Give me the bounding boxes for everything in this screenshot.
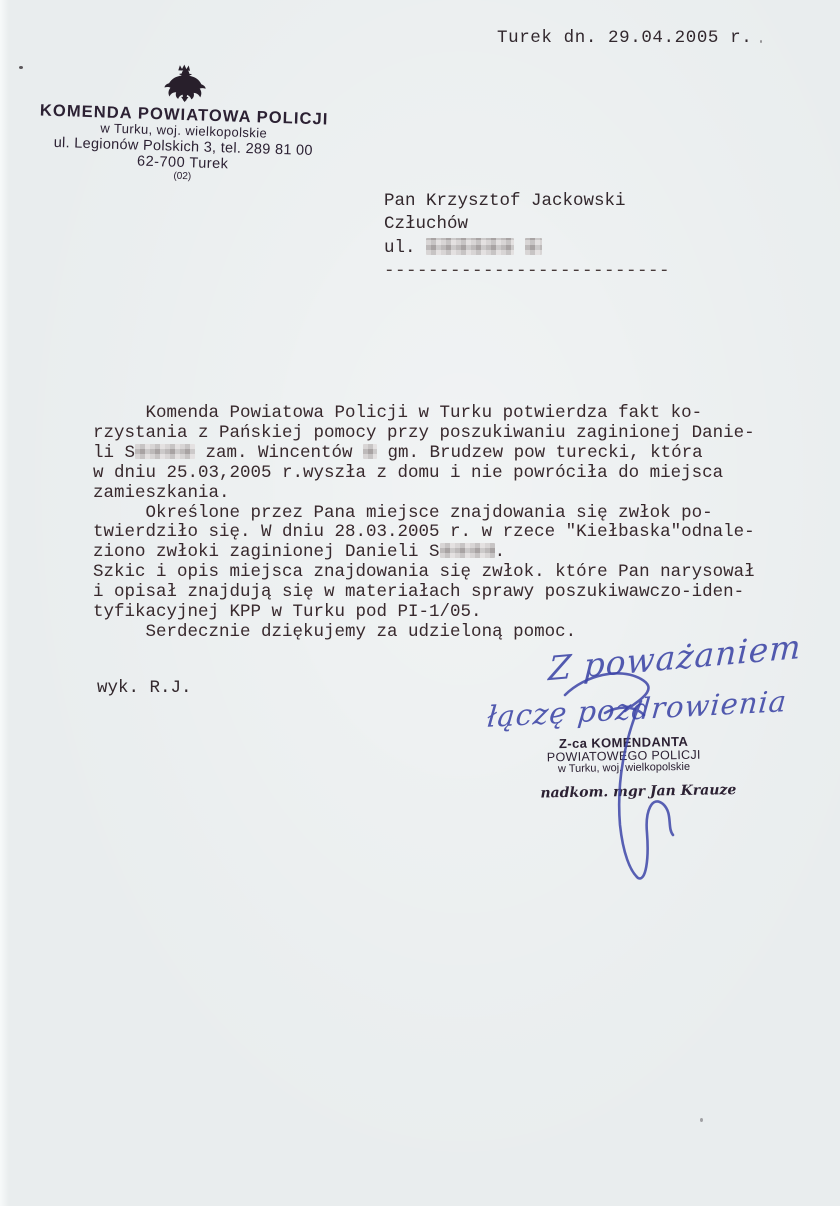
- text-run: tyfikacyjnej KPP w Turku pod PI-1/05.: [93, 602, 482, 622]
- text-run: Człuchów: [384, 214, 468, 234]
- text-run: rzystania z Pańskiej pomocy przy poszuki…: [93, 423, 755, 443]
- body-line: i opisał znajdują się w materiałach spra…: [93, 583, 793, 603]
- text-run: ul.: [384, 238, 426, 258]
- redaction-block: [525, 238, 542, 255]
- text-run: zamieszkania.: [93, 483, 230, 503]
- date-line: Turek dn. 29.04.2005 r.: [497, 28, 752, 48]
- redaction-block: [426, 238, 514, 255]
- paper-speck: [700, 1118, 703, 1122]
- letterhead-stamp: KOMENDA POWIATOWA POLICJI w Turku, woj. …: [26, 57, 342, 187]
- text-run: Pan Krzysztof Jackowski: [384, 191, 626, 211]
- addressee-line: Człuchów: [384, 213, 670, 236]
- text-run: .: [495, 542, 506, 562]
- text-run: Komenda Powiatowa Policji w Turku potwie…: [93, 403, 702, 423]
- polish-eagle-icon: [163, 61, 208, 104]
- executor-note: wyk. R.J.: [97, 678, 192, 698]
- text-run: w dniu 25.03,2005 r.wyszła z domu i nie …: [93, 463, 723, 483]
- body-line: rzystania z Pańskiej pomocy przy poszuki…: [93, 424, 793, 444]
- body-line: Komenda Powiatowa Policji w Turku potwie…: [93, 404, 793, 424]
- dashed-separator: --------------------------: [384, 260, 670, 283]
- addressee-block: Pan Krzysztof JackowskiCzłuchówul. -----…: [384, 190, 670, 284]
- paper-speck: [19, 66, 23, 69]
- text-run: Serdecznie dziękujemy za udzieloną pomoc…: [93, 622, 576, 642]
- text-run: li S: [93, 443, 135, 463]
- text-run: zam. Wincentów: [195, 443, 363, 463]
- redaction-block: [363, 444, 377, 459]
- redaction-block: [135, 444, 195, 459]
- body-line: li S zam. Wincentów gm. Brudzew pow ture…: [93, 444, 793, 464]
- text-run: gm. Brudzew pow turecki, która: [377, 443, 703, 463]
- addressee-line: Pan Krzysztof Jackowski: [384, 190, 670, 213]
- text-run: [514, 238, 525, 258]
- body-line: w dniu 25.03,2005 r.wyszła z domu i nie …: [93, 464, 793, 484]
- body-line: Szkic i opis miejsca znajdowania się zwł…: [93, 563, 793, 583]
- text-run: i opisał znajdują się w materiałach spra…: [93, 582, 744, 602]
- body-line: tyfikacyjnej KPP w Turku pod PI-1/05.: [93, 603, 793, 623]
- scanned-letter-page: Turek dn. 29.04.2005 r. KOMENDA POWIATOW…: [0, 0, 840, 1206]
- text-run: Określone przez Pana miejsce znajdowania…: [93, 503, 713, 523]
- paper-speck: [760, 40, 762, 43]
- redaction-block: [440, 543, 495, 558]
- body-line: zamieszkania.: [93, 484, 793, 504]
- body-line: twierdziło się. W dniu 28.03.2005 r. w r…: [93, 523, 793, 543]
- body-line: Określone przez Pana miejsce znajdowania…: [93, 504, 793, 524]
- handwritten-signature: [545, 655, 725, 900]
- body-line: ziono zwłoki zaginionej Danieli S.: [93, 543, 793, 563]
- text-run: Szkic i opis miejsca znajdowania się zwł…: [93, 562, 755, 582]
- letter-body: Komenda Powiatowa Policji w Turku potwie…: [93, 404, 793, 643]
- text-run: twierdziło się. W dniu 28.03.2005 r. w r…: [93, 522, 755, 542]
- text-run: ziono zwłoki zaginionej Danieli S: [93, 542, 440, 562]
- addressee-line: ul.: [384, 237, 670, 260]
